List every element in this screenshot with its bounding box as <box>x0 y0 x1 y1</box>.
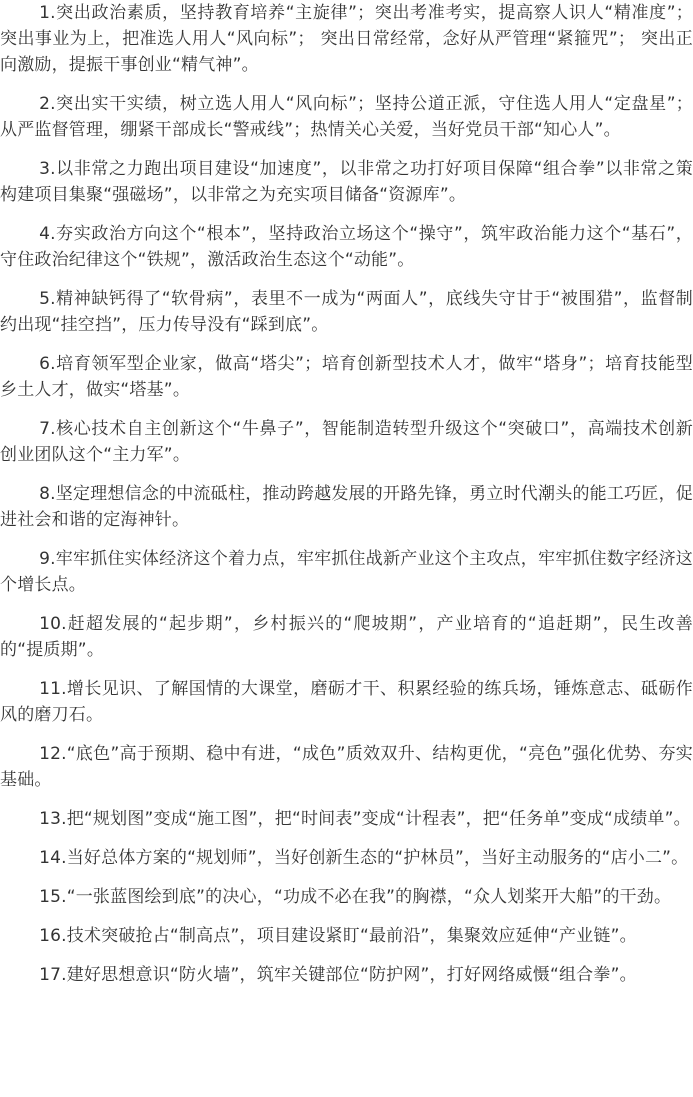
paragraph-2: 2.突出实干实绩，树立选人用人“风向标”；坚持公道正派，守住选人用人“定盘星”；… <box>0 91 693 143</box>
paragraph-10: 10.赶超发展的“起步期”，乡村振兴的“爬坡期”，产业培育的“追赶期”，民生改善… <box>0 611 693 663</box>
paragraph-13: 13.把“规划图”变成“施工图”，把“时间表”变成“计程表”，把“任务单”变成“… <box>0 806 693 832</box>
paragraph-14: 14.当好总体方案的“规划师”，当好创新生态的“护林员”，当好主动服务的“店小二… <box>0 845 693 871</box>
paragraph-15: 15.“一张蓝图绘到底”的决心，“功成不必在我”的胸襟，“众人划桨开大船”的干劲… <box>0 884 693 910</box>
paragraph-6: 6.培育领军型企业家，做高“塔尖”；培育创新型技术人才，做牢“塔身”；培育技能型… <box>0 351 693 403</box>
paragraph-1: 1.突出政治素质，坚持教育培养“主旋律”；突出考准考实，提高察人识人“精准度”；… <box>0 0 693 78</box>
paragraph-12: 12.“底色”高于预期、稳中有进，“成色”质效双升、结构更优，“亮色”强化优势、… <box>0 741 693 793</box>
paragraph-17: 17.建好思想意识“防火墙”，筑牢关键部位“防护网”，打好网络威慑“组合拳”。 <box>0 962 693 988</box>
paragraph-5: 5.精神缺钙得了“软骨病”，表里不一成为“两面人”，底线失守甘于“被围猎”，监督… <box>0 286 693 338</box>
paragraph-11: 11.增长见识、了解国情的大课堂，磨砺才干、积累经验的练兵场，锤炼意志、砥砺作风… <box>0 676 693 728</box>
paragraph-16: 16.技术突破抢占“制高点”，项目建设紧盯“最前沿”，集聚效应延伸“产业链”。 <box>0 923 693 949</box>
paragraph-9: 9.牢牢抓住实体经济这个着力点，牢牢抓住战新产业这个主攻点，牢牢抓住数字经济这个… <box>0 546 693 598</box>
paragraph-8: 8.坚定理想信念的中流砥柱，推动跨越发展的开路先锋，勇立时代潮头的能工巧匠，促进… <box>0 481 693 533</box>
paragraph-4: 4.夯实政治方向这个“根本”，坚持政治立场这个“操守”，筑牢政治能力这个“基石”… <box>0 221 693 273</box>
document-body: 1.突出政治素质，坚持教育培养“主旋律”；突出考准考实，提高察人识人“精准度”；… <box>0 0 693 1001</box>
paragraph-3: 3.以非常之力跑出项目建设“加速度”，以非常之功打好项目保障“组合拳”以非常之策… <box>0 156 693 208</box>
paragraph-7: 7.核心技术自主创新这个“牛鼻子”，智能制造转型升级这个“突破口”，高端技术创新… <box>0 416 693 468</box>
